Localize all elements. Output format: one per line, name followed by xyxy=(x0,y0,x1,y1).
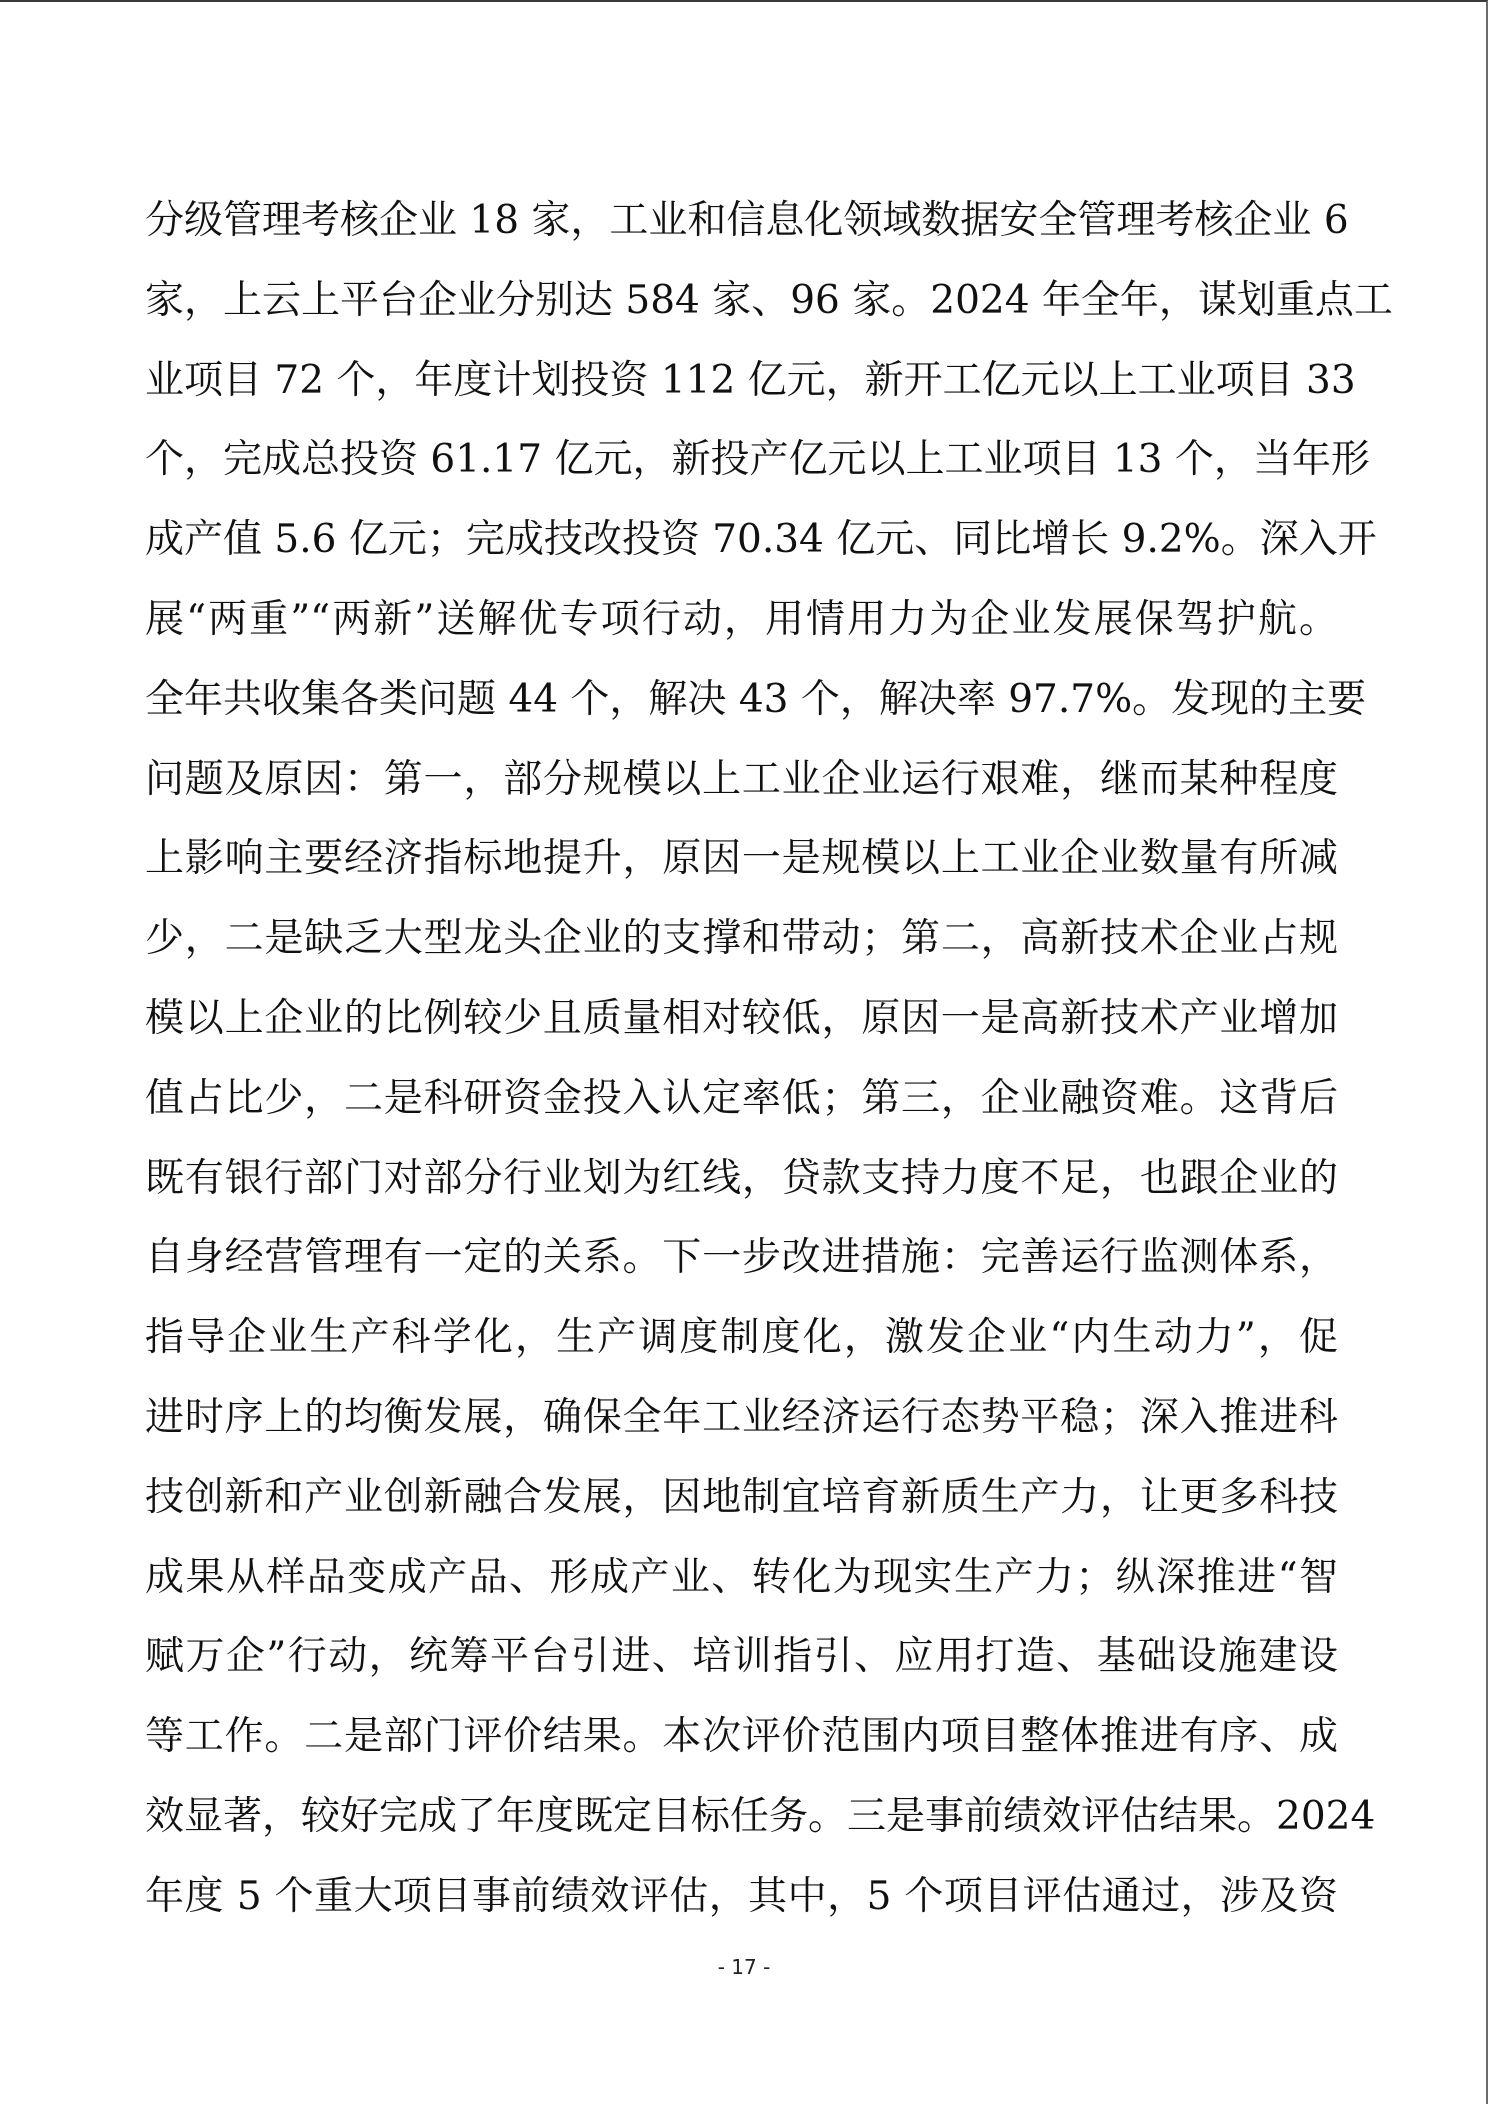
text-line: 技创新和产业创新融合发展，因地制宜培育新质生产力，让更多科技 xyxy=(145,1475,1338,1555)
text-line: 年度 5 个重大项目事前绩效评估，其中，5 个项目评估通过，涉及资 xyxy=(145,1874,1338,1954)
text-line: 模以上企业的比例较少且质量相对较低，原因一是高新技术产业增加 xyxy=(145,996,1338,1076)
body-paragraph: 分级管理考核企业 18 家，工业和信息化领域数据安全管理考核企业 6 家，上云上… xyxy=(145,198,1338,1954)
text-line: 问题及原因：第一，部分规模以上工业企业运行艰难，继而某种程度 xyxy=(145,757,1338,837)
text-line: 业项目 72 个，年度计划投资 112 亿元，新开工亿元以上工业项目 33 xyxy=(145,358,1338,438)
text-line: 个，完成总投资 61.17 亿元，新投产亿元以上工业项目 13 个，当年形 xyxy=(145,437,1338,517)
text-line: 效显著，较好完成了年度既定目标任务。三是事前绩效评估结果。2024 xyxy=(145,1794,1338,1874)
text-line: 家，上云上平台企业分别达 584 家、96 家。2024 年全年，谋划重点工 xyxy=(145,278,1338,358)
text-line: 赋万企”行动，统筹平台引进、培训指引、应用打造、基础设施建设 xyxy=(145,1634,1338,1714)
text-line: 指导企业生产科学化，生产调度制度化，激发企业“内生动力”，促 xyxy=(145,1315,1338,1395)
text-line: 成产值 5.6 亿元；完成技改投资 70.34 亿元、同比增长 9.2%。深入开 xyxy=(145,517,1338,597)
text-line: 展“两重”“两新”送解优专项行动，用情用力为企业发展保驾护航。 xyxy=(145,597,1338,677)
text-line: 分级管理考核企业 18 家，工业和信息化领域数据安全管理考核企业 6 xyxy=(145,198,1338,278)
text-line: 成果从样品变成产品、形成产业、转化为现实生产力；纵深推进“智 xyxy=(145,1555,1338,1635)
text-line: 等工作。二是部门评价结果。本次评价范围内项目整体推进有序、成 xyxy=(145,1714,1338,1794)
text-line: 少，二是缺乏大型龙头企业的支撑和带动；第二，高新技术企业占规 xyxy=(145,916,1338,996)
text-line: 值占比少，二是科研资金投入认定率低；第三，企业融资难。这背后 xyxy=(145,1076,1338,1156)
text-line: 全年共收集各类问题 44 个，解决 43 个，解决率 97.7%。发现的主要 xyxy=(145,677,1338,757)
text-line: 进时序上的均衡发展，确保全年工业经济运行态势平稳；深入推进科 xyxy=(145,1395,1338,1475)
document-page: 分级管理考核企业 18 家，工业和信息化领域数据安全管理考核企业 6 家，上云上… xyxy=(0,0,1488,2104)
page-number: - 17 - xyxy=(0,1955,1488,1979)
text-line: 既有银行部门对部分行业划为红线，贷款支持力度不足，也跟企业的 xyxy=(145,1156,1338,1236)
text-line: 自身经营管理有一定的关系。下一步改进措施：完善运行监测体系， xyxy=(145,1235,1338,1315)
text-line: 上影响主要经济指标地提升，原因一是规模以上工业企业数量有所减 xyxy=(145,836,1338,916)
